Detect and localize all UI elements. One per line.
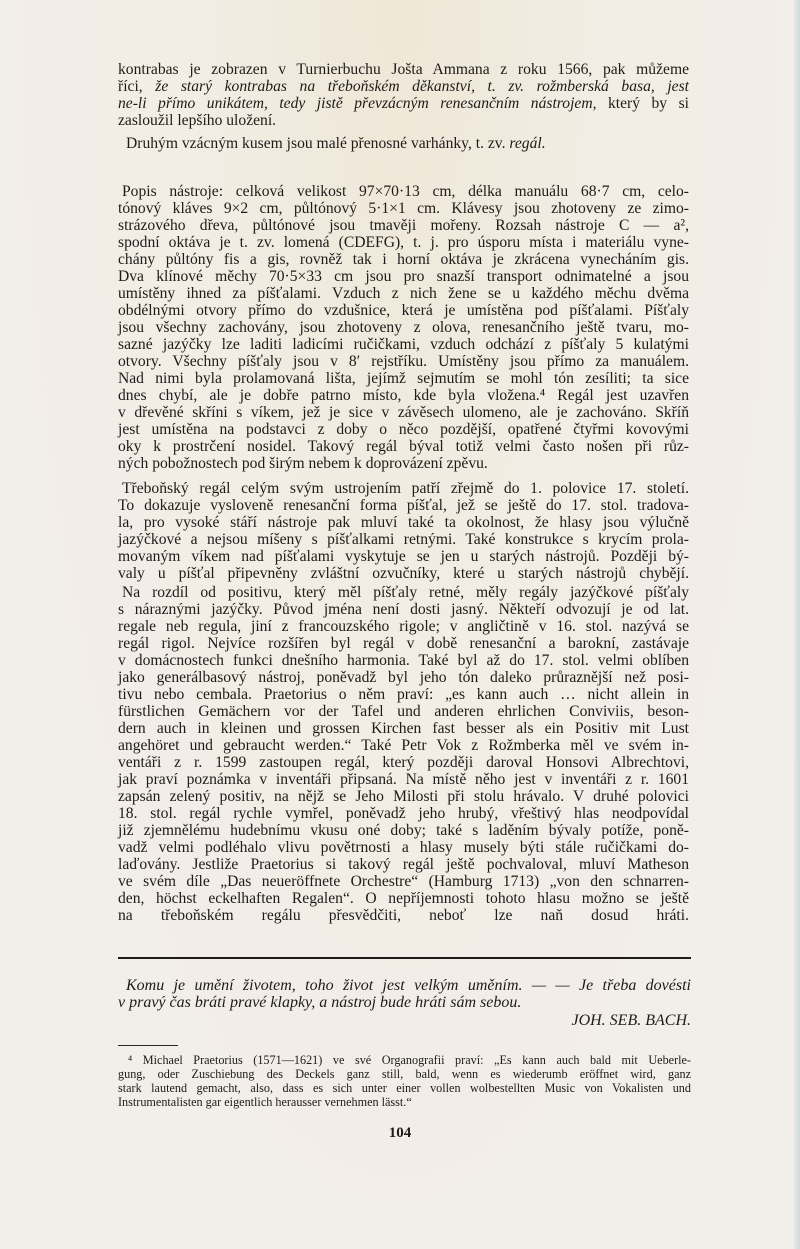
text-line: v domácnostech funkci dnešního harmonia.… (118, 652, 689, 669)
italic-segment: že starý kontrabas na třeboňském děkanst… (155, 78, 689, 95)
footnote-divider (118, 1045, 178, 1046)
text-line (118, 924, 689, 941)
text-segment: který by si (597, 95, 689, 112)
quote-author: JOH. SEB. BACH. (118, 1012, 691, 1030)
text-line: tónový kláves 9×2 cm, půltónový 5·1×1 cm… (118, 200, 689, 217)
text-line: otvory. Všechny píšťaly jsou v 8′ rejstř… (118, 353, 689, 370)
text-segment: říci, (118, 78, 155, 95)
page-number: 104 (0, 1125, 800, 1142)
text-line: Třeboňský regál celým svým ustrojením pa… (118, 480, 689, 497)
text-line: To dokazuje vysloveně renesanční forma p… (118, 497, 689, 514)
section-divider (118, 957, 691, 959)
italic-segment: regál. (509, 135, 545, 152)
text-line: strázového dřeva, půltónové jsou tmavěji… (118, 217, 689, 234)
text-line: zasloužil lepšího uložení. (118, 112, 689, 129)
text-line: s náraznými jazýčky. Původ jména není do… (118, 601, 689, 618)
text-line: ve svém díle „Das neueröffnete Orchestre… (118, 873, 689, 890)
text-line: vadž velmi podléhalo vlivu povětrnosti a… (118, 839, 689, 856)
text-line: regale neb regula, jiní z francouzského … (118, 618, 689, 635)
text-line: jazýčkové a nejsou míšeny s píšťalkami r… (118, 531, 689, 548)
text-line: Druhým vzácným kusem jsou malé přenosné … (122, 135, 693, 152)
text-line: spodní oktáva je t. zv. lomená (CDEFG), … (118, 234, 689, 251)
text-line: Dva klínové měchy 70·5×33 cm jsou pro sn… (118, 268, 689, 285)
text-segment: Druhým vzácným kusem jsou malé přenosné … (126, 135, 509, 152)
text-line: regál rigol. Nejvíce rozšířen byl regál … (118, 635, 689, 652)
text-line: jak praví poznámka v inventáři připsaná.… (118, 771, 689, 788)
text-line: říci, že starý kontrabas na třeboňském d… (118, 78, 689, 95)
text-line: movaným víkem nad píšťalami vyskytuje se… (118, 548, 689, 565)
text-line: dnes chybí, ale je dobře patrno místo, k… (118, 387, 689, 404)
text-line: oky k prostrčení nosidel. Takový regál b… (118, 438, 689, 455)
quote-line: v pravý čas bráti pravé klapky, a nástro… (118, 994, 691, 1011)
text-line: laďovány. Jestliže Praetorius si takový … (118, 856, 689, 873)
text-line: na třeboňském regálu přesvědčiti, neboť … (118, 907, 689, 924)
footnote-line: ⁴ Michael Praetorius (1571—1621) ve své … (118, 1053, 691, 1067)
text-line: zapsán zelený positiv, na nějž se Jeho M… (118, 788, 689, 805)
text-line: fürstlichen Gemächern vor der Tafel und … (118, 703, 689, 720)
text-line: již zjemnělému hudebnímu vkusu oné doby;… (118, 822, 689, 839)
text-line: sazné jazýčky lze laditi ladicími ručičk… (118, 336, 689, 353)
text-line: chány půltóny fis a gis, rovněž tak i ho… (118, 251, 689, 268)
text-line: valy u píšťal připevněny zvláštní ozvučn… (118, 565, 689, 582)
footnote-line: Instrumentalisten gar eigentlich herauss… (118, 1095, 691, 1109)
quote-line: Komu je umění životem, toho život jest v… (118, 977, 691, 994)
text-line: dern auch in kleinen und grossen Kirchen… (118, 720, 689, 737)
text-line: la, pro vysoké stáří nástroje pak mluví … (118, 514, 689, 531)
text-line: obdélnými otvory přímo do vzdušnice, kte… (118, 302, 689, 319)
page-edge (794, 0, 800, 1249)
text-line: Nad nimi byla prolamovaná lišta, jejímž … (118, 370, 689, 387)
italic-segment: ne-li přímo unikátem, tedy jistě převzác… (118, 95, 597, 112)
text-line: Popis nástroje: celková velikost 97×70·1… (118, 183, 689, 200)
text-line: Na rozdíl od positivu, který měl píšťaly… (118, 584, 689, 601)
text-line: kontrabas je zobrazen v Turnierbuchu Još… (118, 61, 689, 78)
text-line: den, höchst eckelhaften Regalen“. O nepř… (118, 890, 689, 907)
text-line: jest umístěna na podstavci z doby o něco… (118, 421, 689, 438)
text-line: umístěny ihned za píšťalami. Vzduch z ni… (118, 285, 689, 302)
footnote-line: gung, oder Zuschiebung des Deckels ganz … (118, 1067, 691, 1081)
text-line: 18. stol. regál rychle vymřel, poněvadž … (118, 805, 689, 822)
text-line: ventáři z r. 1599 zastoupen regál, který… (118, 754, 689, 771)
footnote-line: stark lautend gemacht, also, dass es sic… (118, 1081, 691, 1095)
text-line: jsou všechny zachovány, jsou zhotoveny z… (118, 319, 689, 336)
text-line: v dřevěné skříni s víkem, jež je sice v … (118, 404, 689, 421)
text-line: tivu nebo cembala. Praetorius o něm prav… (118, 686, 689, 703)
text-line: angehöret und gebraucht werden.“ Také Pe… (118, 737, 689, 754)
text-line: ných pobožnostech pod širým nebem k dopr… (118, 455, 689, 472)
text-line: ne-li přímo unikátem, tedy jistě převzác… (118, 95, 689, 112)
text-line: jako generálbasový nástroj, poněvadž byl… (118, 669, 689, 686)
